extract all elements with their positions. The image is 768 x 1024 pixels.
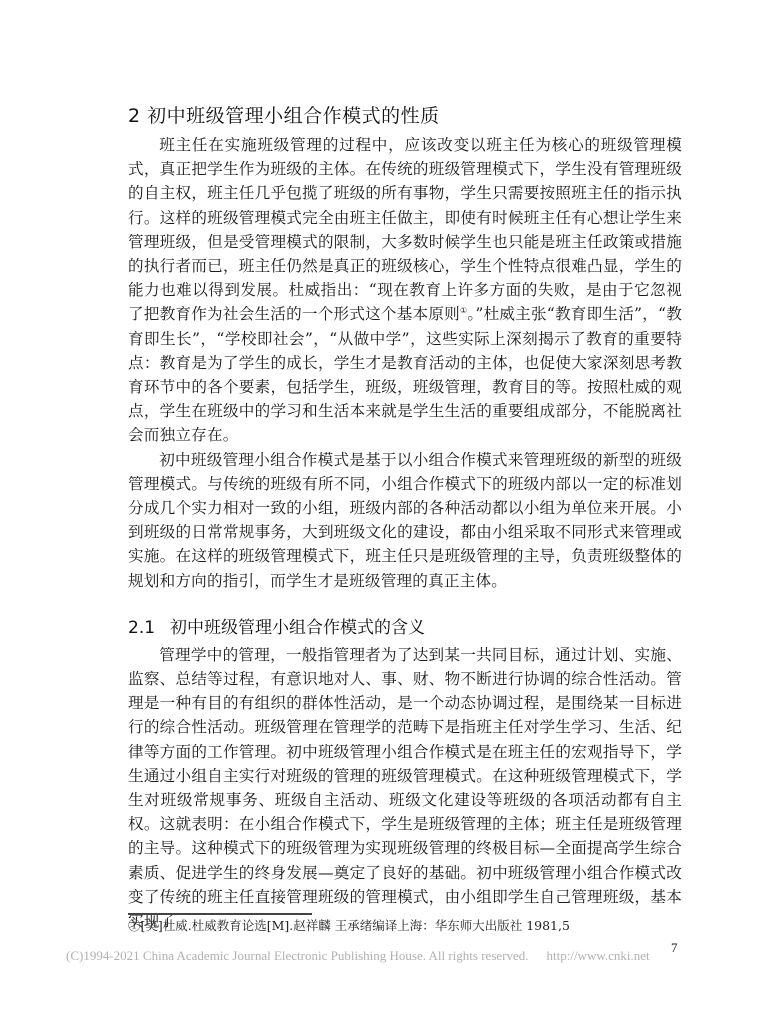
page-number: 7 <box>671 940 678 956</box>
subsection-number: 2.1 <box>128 615 170 641</box>
subsection-heading: 2.1初中班级管理小组合作模式的含义 <box>128 615 682 641</box>
paragraph-text: 班主任在实施班级管理的过程中，应该改变以班主任为核心的班级管理模式，真正把学生作… <box>128 136 682 323</box>
paragraph: 管理学中的管理，一般指管理者为了达到某一共同目标，通过计划、实施、监察、总结等过… <box>128 643 682 933</box>
footnote: ①[美]杜威.杜威教育论选[M].赵祥麟 王承绪编译上海：华东师大出版社 198… <box>128 917 570 935</box>
paragraph-text: 。”杜威主张“教育即生活”，“教育即生长”，“学校即社会”，“从做中学”，这些实… <box>128 305 682 444</box>
footnote-divider <box>128 913 312 915</box>
page-body: 2 初中班级管理小组合作模式的性质 班主任在实施班级管理的过程中，应该改变以班主… <box>128 102 682 933</box>
footer-url[interactable]: http://www.cnki.net <box>547 948 650 963</box>
paragraph: 班主任在实施班级管理的过程中，应该改变以班主任为核心的班级管理模式，真正把学生作… <box>128 133 682 448</box>
page-footer: (C)1994-2021 China Academic Journal Elec… <box>66 948 686 964</box>
paragraph: 初中班级管理小组合作模式是基于以小组合作模式来管理班级的新型的班级管理模式。与传… <box>128 448 682 593</box>
copyright-notice: (C)1994-2021 China Academic Journal Elec… <box>66 948 529 963</box>
subsection-title: 初中班级管理小组合作模式的含义 <box>170 618 425 638</box>
section-heading: 2 初中班级管理小组合作模式的性质 <box>128 102 682 130</box>
